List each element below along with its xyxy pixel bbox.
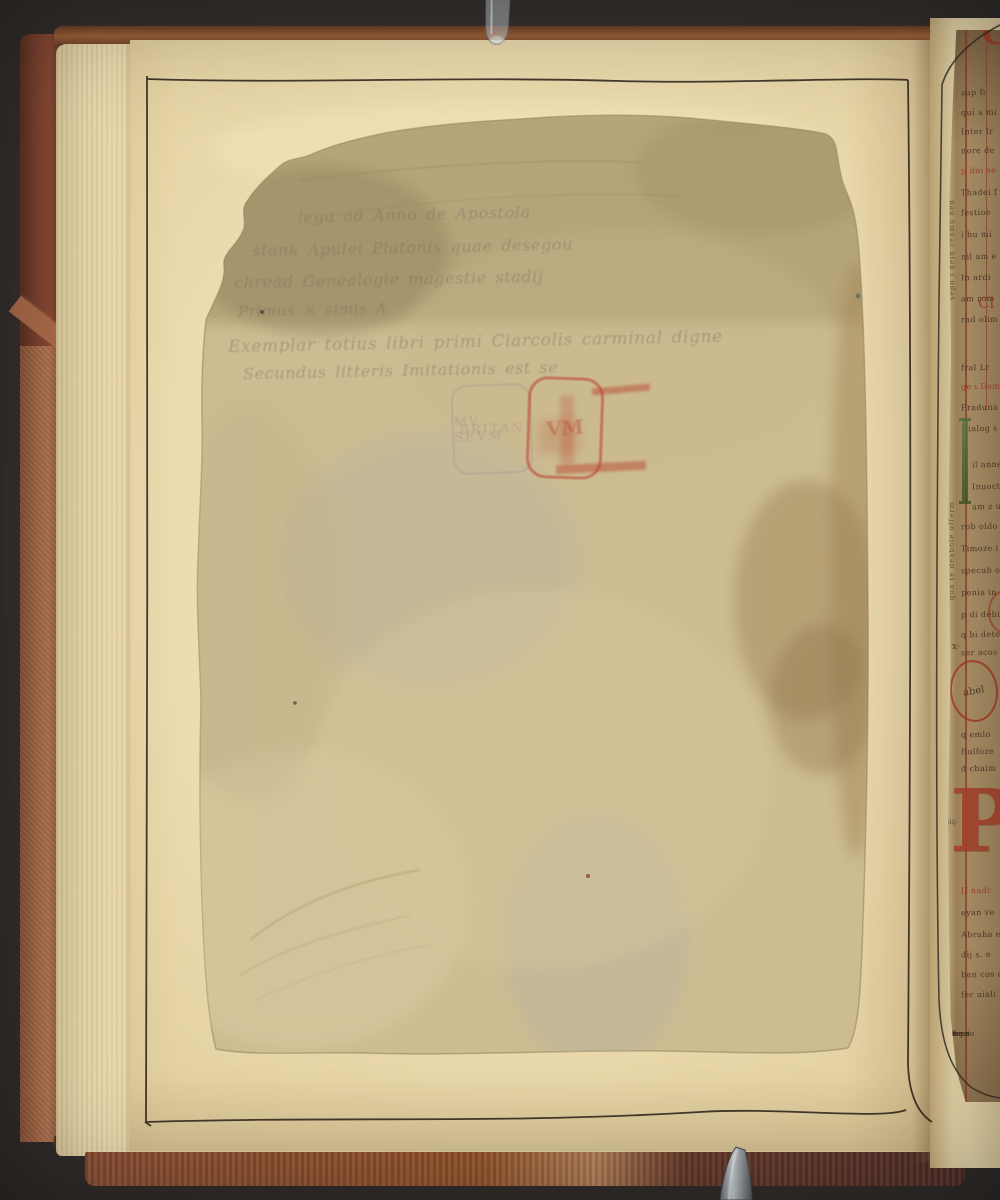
faded-inscription-line: Primus × simis A xyxy=(238,299,388,320)
blue-speck xyxy=(856,294,861,299)
stamp-smear xyxy=(538,420,580,454)
faded-purple-stamp: MV SEVM BRITAN xyxy=(450,383,533,476)
frame-top-line xyxy=(147,79,908,82)
red-speck xyxy=(586,874,590,878)
frame-right-line xyxy=(908,80,932,1122)
glass-page-weight xyxy=(486,0,510,44)
frame-bottom-line xyxy=(145,1110,906,1122)
right-leaf-frame-line xyxy=(937,25,1000,1098)
overlay-graphics xyxy=(0,0,1000,1200)
metal-page-clip xyxy=(720,1147,752,1200)
ink-speck xyxy=(293,701,297,705)
frame-left-line xyxy=(146,76,147,1122)
photo-stage: sup fi qui a mi Inter lr nore de p dni s… xyxy=(0,0,1000,1200)
